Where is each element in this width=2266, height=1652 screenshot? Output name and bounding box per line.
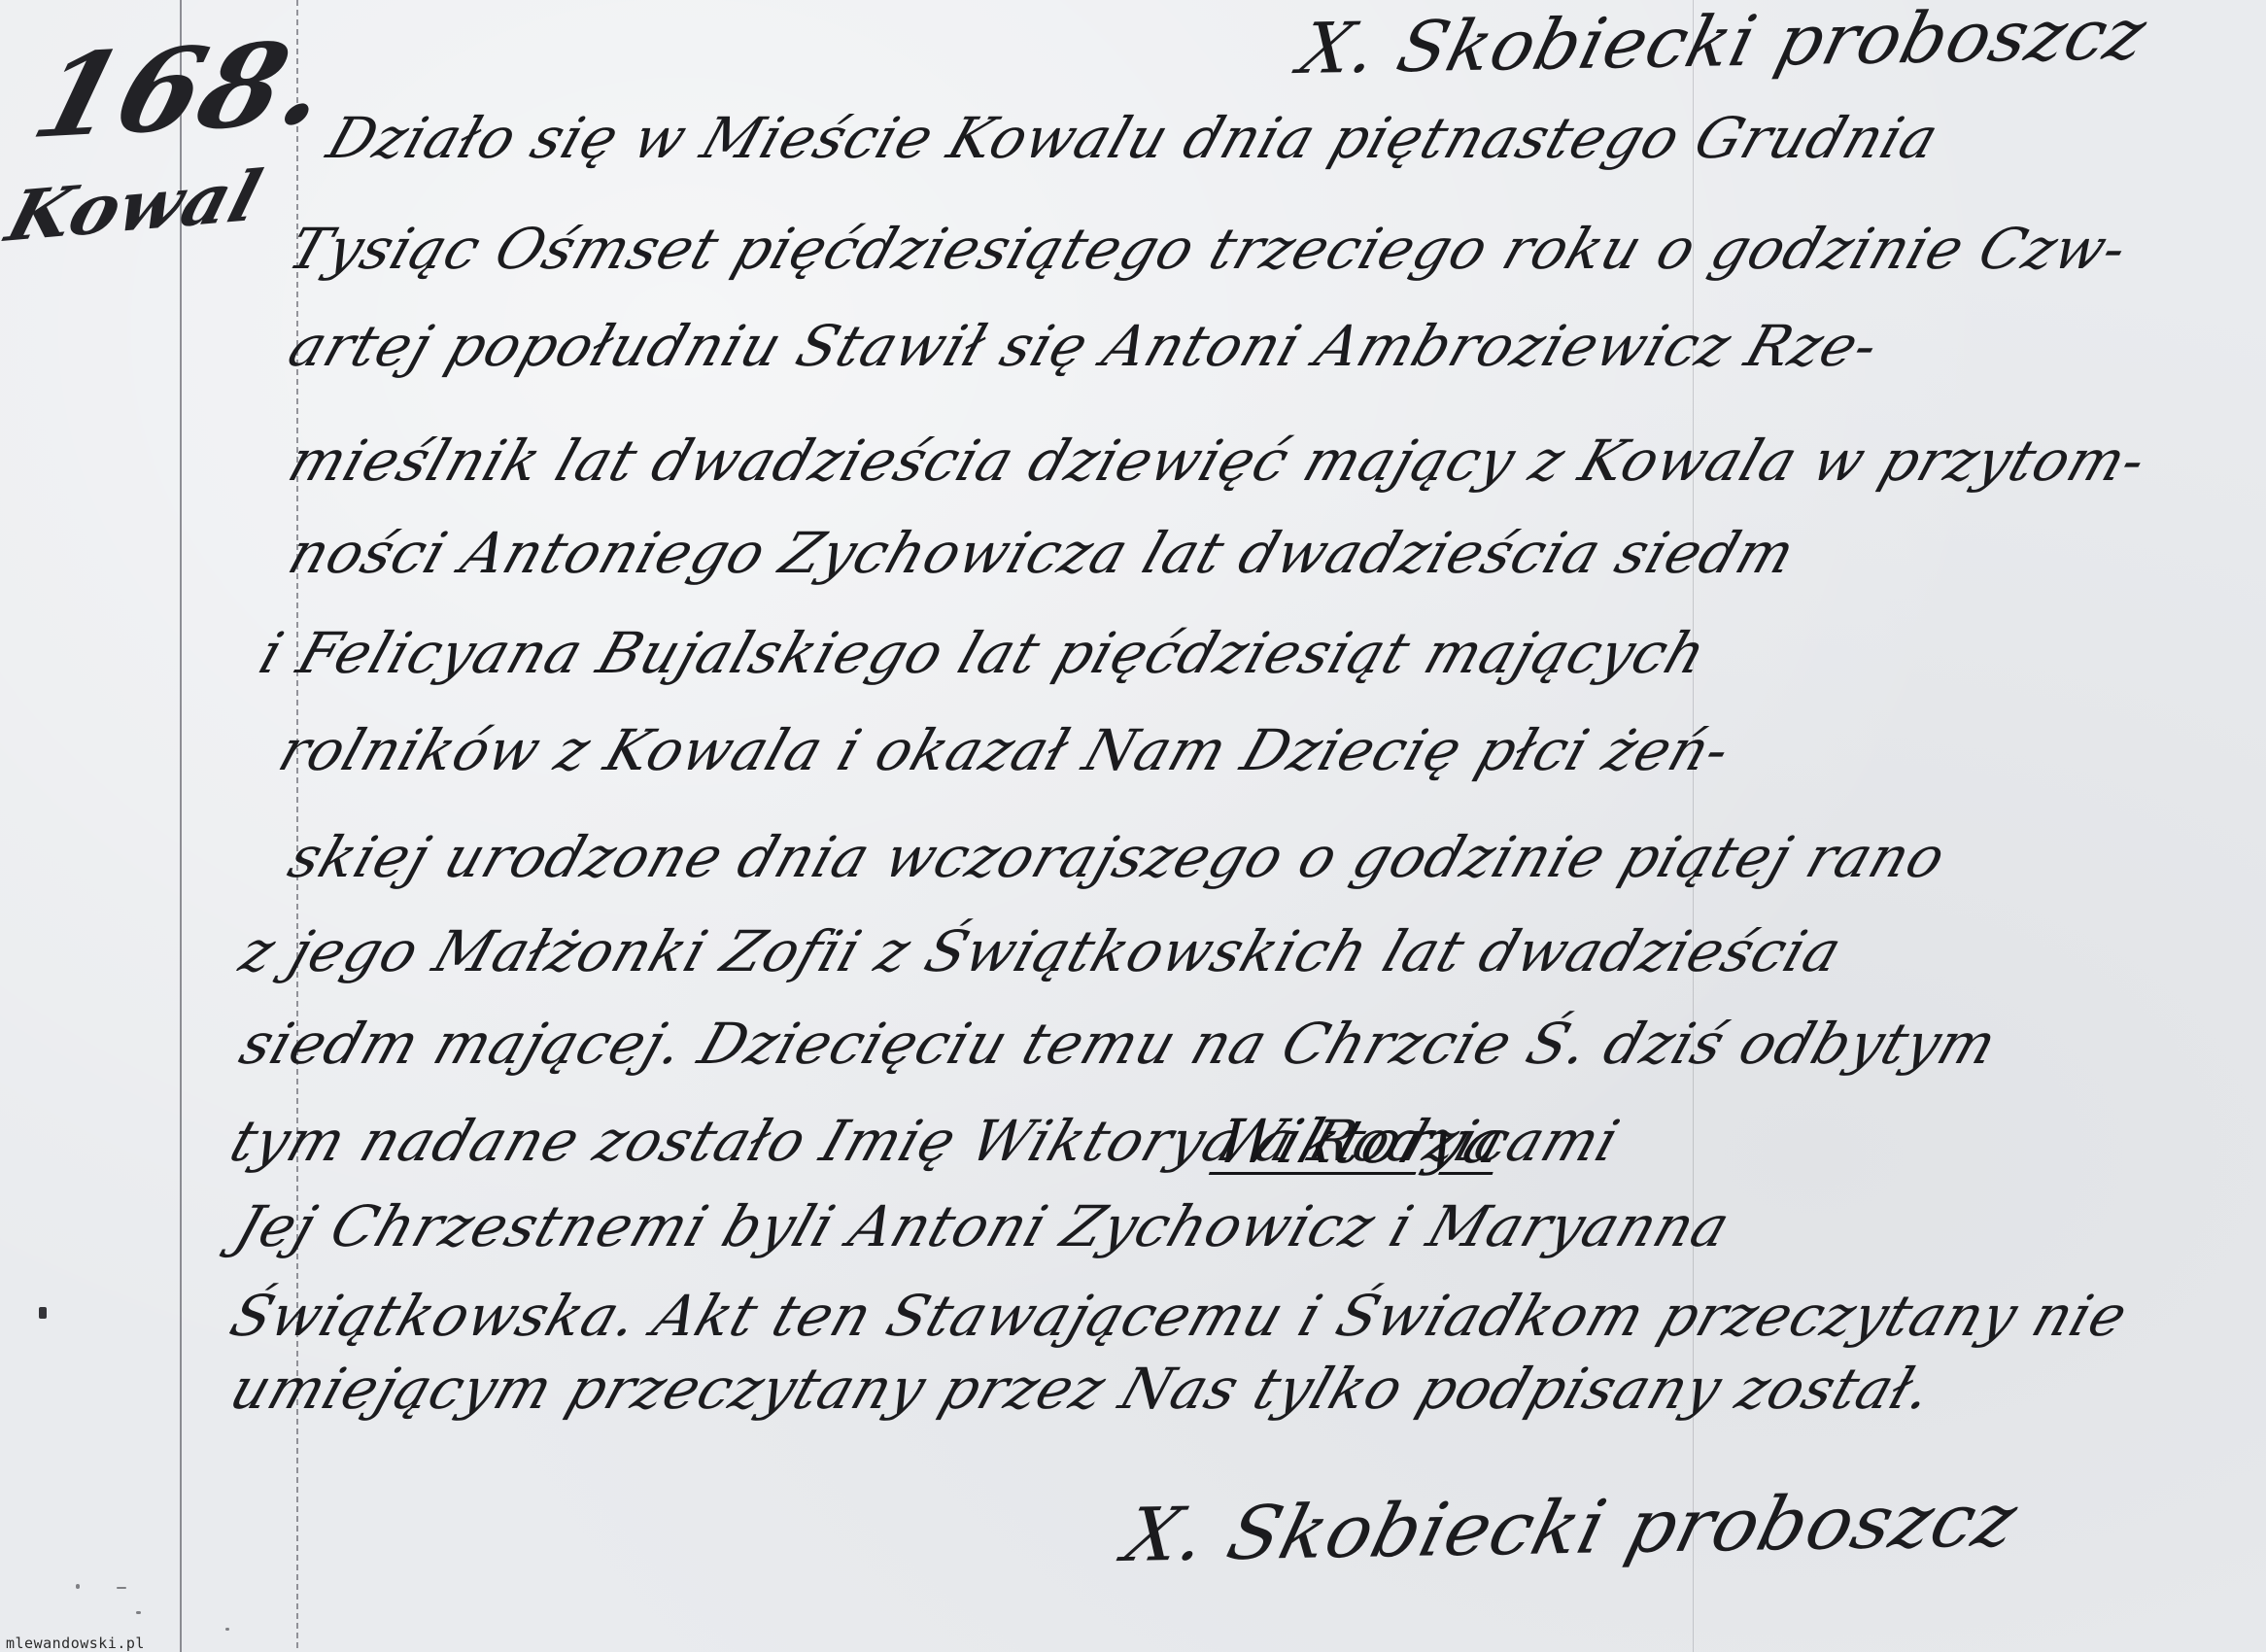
body-line-10: siedm mającej. Dziecięciu temu na Chrzci… xyxy=(232,1011,2006,1077)
body-line-12: Jej Chrzestnemi byli Antoni Zychowicz i … xyxy=(227,1193,1738,1259)
ink-speck xyxy=(76,1584,80,1589)
body-line-4: mieślnik lat dwadzieścia dziewięć mający… xyxy=(281,428,2155,494)
body-line-6: i Felicyana Bujalskiego lat pięćdziesiąt… xyxy=(252,620,1715,686)
body-line-14: umiejącym przeczytany przez Nas tylko po… xyxy=(223,1356,1941,1422)
margin-rule-left xyxy=(180,0,182,1652)
ink-speck xyxy=(117,1587,126,1589)
body-line-2: Tysiąc Ośmset pięćdziesiątego trzeciego … xyxy=(281,216,2136,282)
body-line-1: Działo się w Mieście Kowalu dnia piętnas… xyxy=(320,105,1947,171)
body-line-8: skiej urodzone dnia wczorajszego o godzi… xyxy=(281,824,1954,890)
entry-number: 168. xyxy=(20,15,345,164)
body-line-7: rolników z Kowala i okazał Nam Dziecię p… xyxy=(271,717,1739,783)
body-line-5: ności Antoniego Zychowicza lat dwadzieśc… xyxy=(281,520,1803,586)
ink-speck xyxy=(136,1611,141,1614)
signature-top: X. Skobiecki proboszcz xyxy=(1291,0,2154,89)
margin-parish-name: Kowal xyxy=(0,154,271,257)
watermark: mlewandowski.pl xyxy=(6,1635,145,1652)
ink-speck xyxy=(225,1628,229,1631)
body-line-3: artej popołudniu Stawił się Antoni Ambro… xyxy=(281,313,1887,379)
document-scan: 168. Kowal X. Skobiecki proboszcz Działo… xyxy=(0,0,2266,1652)
child-name-underlined: Wiktorya xyxy=(1208,1106,1515,1177)
ink-speck xyxy=(39,1307,47,1319)
signature-bottom: X. Skobiecki proboszcz xyxy=(1116,1476,2027,1578)
body-line-9: z jego Małżonki Zofii z Świątkowskich la… xyxy=(232,918,1850,984)
body-line-13: Świątkowska. Akt ten Stawającemu i Świad… xyxy=(223,1283,2137,1349)
